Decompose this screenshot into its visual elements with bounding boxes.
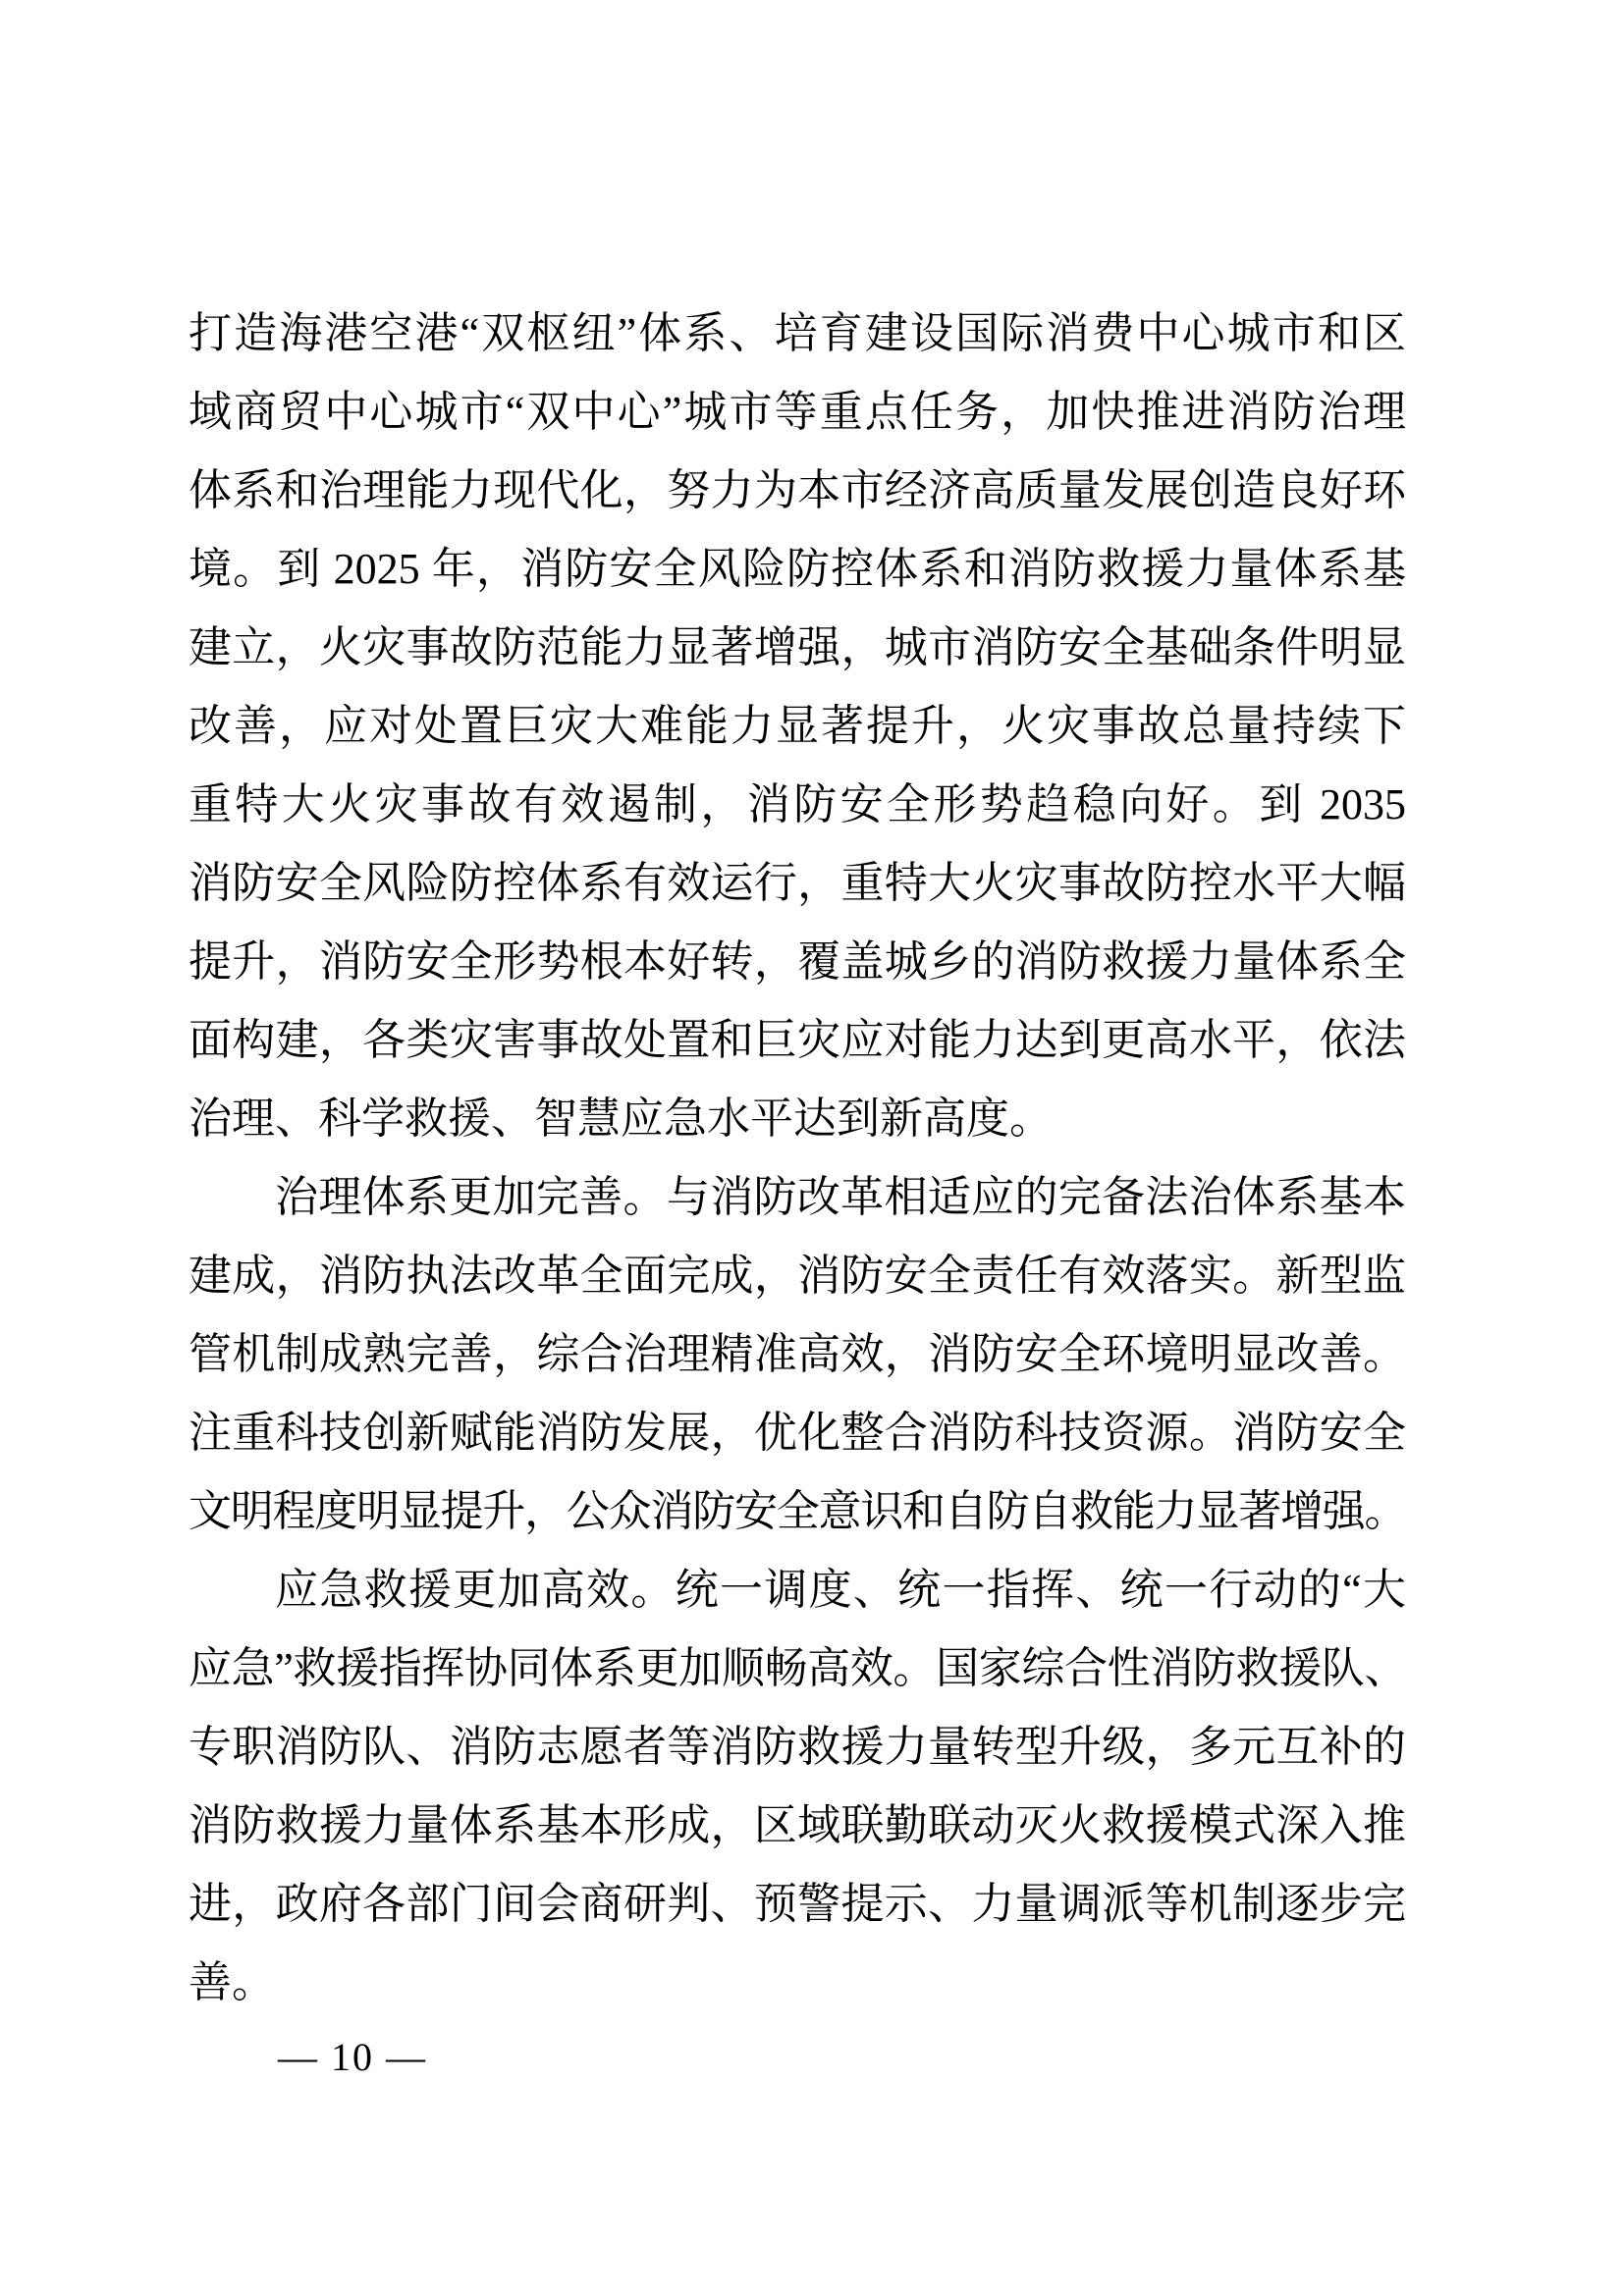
text-line-7: 重特大火灾事故有效遏制，消防安全形势趋稳向好。到 2035 年， (189, 766, 1406, 844)
page-number: — 10 — (278, 2034, 427, 2081)
text-block: 打造海港空港“双枢纽”体系、培育建设国际消费中心城市和区 域商贸中心城市“双中心… (189, 294, 1406, 2022)
text-line-21: 进，政府各部门间会商研判、预警提示、力量调派等机制逐步完 (189, 1865, 1406, 1944)
text-line-20: 消防救援力量体系基本形成，区域联勤联动灭火救援模式深入推 (189, 1787, 1406, 1865)
text-line-16: 文明程度明显提升，公众消防安全意识和自防自救能力显著增强。 (189, 1472, 1406, 1551)
document-page: 打造海港空港“双枢纽”体系、培育建设国际消费中心城市和区 域商贸中心城市“双中心… (0, 0, 1624, 2296)
text-line-17: 应急救援更加高效。统一调度、统一指挥、统一行动的“大 (189, 1551, 1406, 1629)
text-line-4: 境。到 2025 年，消防安全风险防控体系和消防救援力量体系基本 (189, 530, 1406, 609)
text-line-13: 建成，消防执法改革全面完成，消防安全责任有效落实。新型监 (189, 1237, 1406, 1315)
text-line-1: 打造海港空港“双枢纽”体系、培育建设国际消费中心城市和区 (189, 294, 1406, 373)
text-line-12: 治理体系更加完善。与消防改革相适应的完备法治体系基本 (189, 1158, 1406, 1237)
text-line-10: 面构建，各类灾害事故处置和巨灾应对能力达到更高水平，依法 (189, 1001, 1406, 1080)
text-line-8: 消防安全风险防控体系有效运行，重特大火灾事故防控水平大幅 (189, 844, 1406, 923)
text-line-18: 应急”救援指挥协同体系更加顺畅高效。国家综合性消防救援队、 (189, 1629, 1406, 1708)
text-line-19: 专职消防队、消防志愿者等消防救援力量转型升级，多元互补的 (189, 1708, 1406, 1787)
text-line-3: 体系和治理能力现代化，努力为本市经济高质量发展创造良好环 (189, 452, 1406, 530)
text-line-22: 善。 (189, 1944, 1406, 2022)
text-line-5: 建立，火灾事故防范能力显著增强，城市消防安全基础条件明显 (189, 609, 1406, 687)
text-line-11: 治理、科学救援、智慧应急水平达到新高度。 (189, 1080, 1406, 1158)
text-line-9: 提升，消防安全形势根本好转，覆盖城乡的消防救援力量体系全 (189, 923, 1406, 1001)
text-line-15: 注重科技创新赋能消防发展，优化整合消防科技资源。消防安全 (189, 1394, 1406, 1472)
text-line-6: 改善，应对处置巨灾大难能力显著提升，火灾事故总量持续下降， (189, 687, 1406, 766)
text-line-14: 管机制成熟完善，综合治理精准高效，消防安全环境明显改善。 (189, 1315, 1406, 1394)
text-line-2: 域商贸中心城市“双中心”城市等重点任务，加快推进消防治理 (189, 373, 1406, 452)
